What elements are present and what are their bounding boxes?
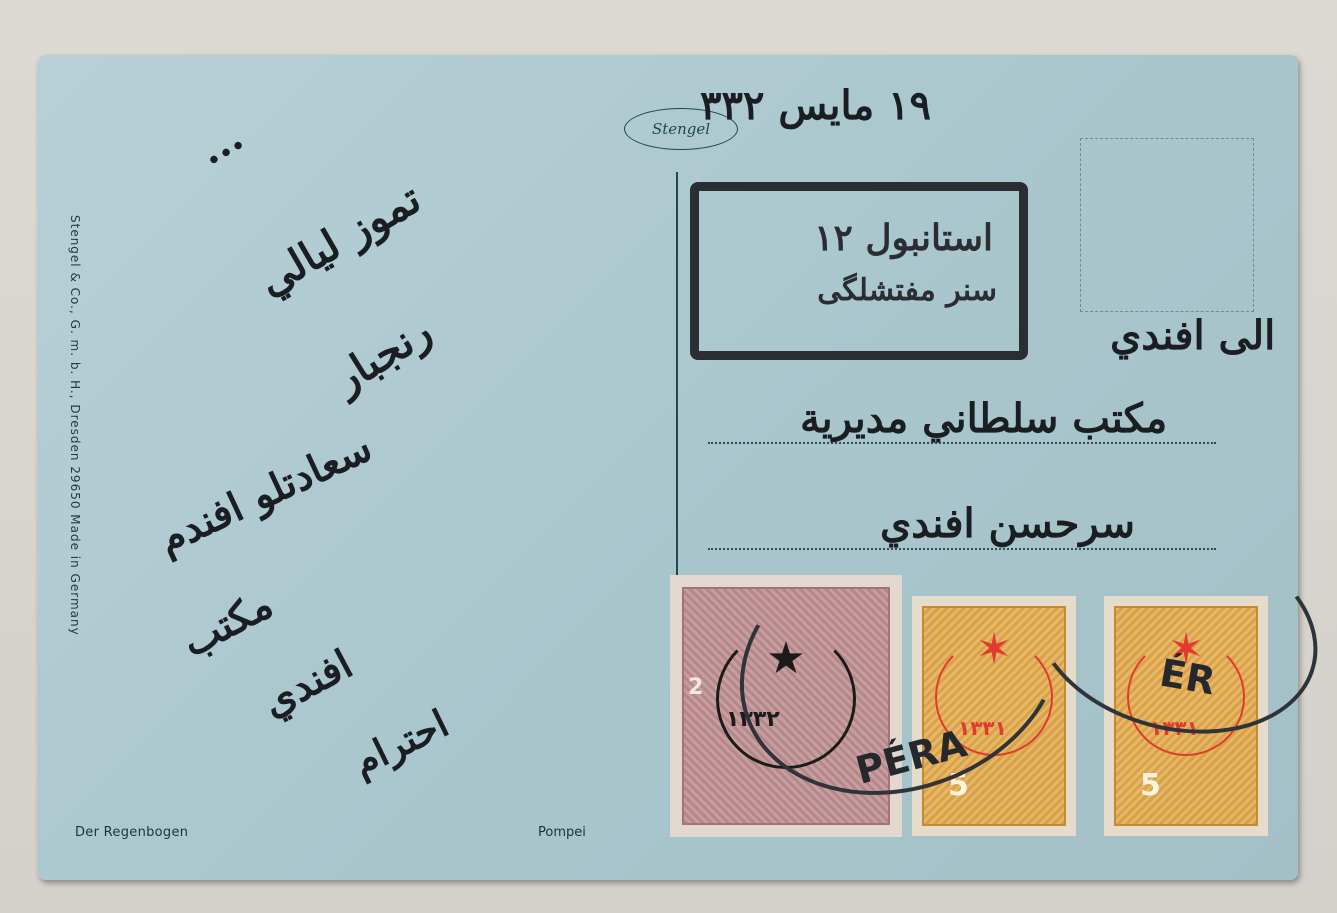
- cancellation-box-stamp: استانبول ١٢ سنر مفتشلگی: [690, 182, 1028, 360]
- stamp-denomination: 5: [1140, 768, 1161, 803]
- cancellation-line-1: استانبول ١٢: [814, 217, 993, 259]
- address-line: مكتب سلطاني مديرية: [800, 395, 1167, 442]
- address-rule: [708, 442, 1216, 444]
- publisher-imprint: Stengel & Co., G. m. b. H., Dresden 2965…: [62, 215, 82, 795]
- stamp-denomination: 2: [688, 675, 703, 700]
- caption-left: Der Regenbogen: [75, 825, 188, 840]
- handwritten-date: ١٩ مايس ٣٣٢: [700, 82, 931, 129]
- address-line: الى افندي: [1110, 312, 1275, 359]
- caption-right: Pompei: [538, 825, 586, 840]
- stamp-placement-box: [1080, 138, 1254, 312]
- cancellation-line-2: سنر مفتشلگی: [817, 273, 997, 308]
- postmark-text: ÉR: [1157, 651, 1219, 704]
